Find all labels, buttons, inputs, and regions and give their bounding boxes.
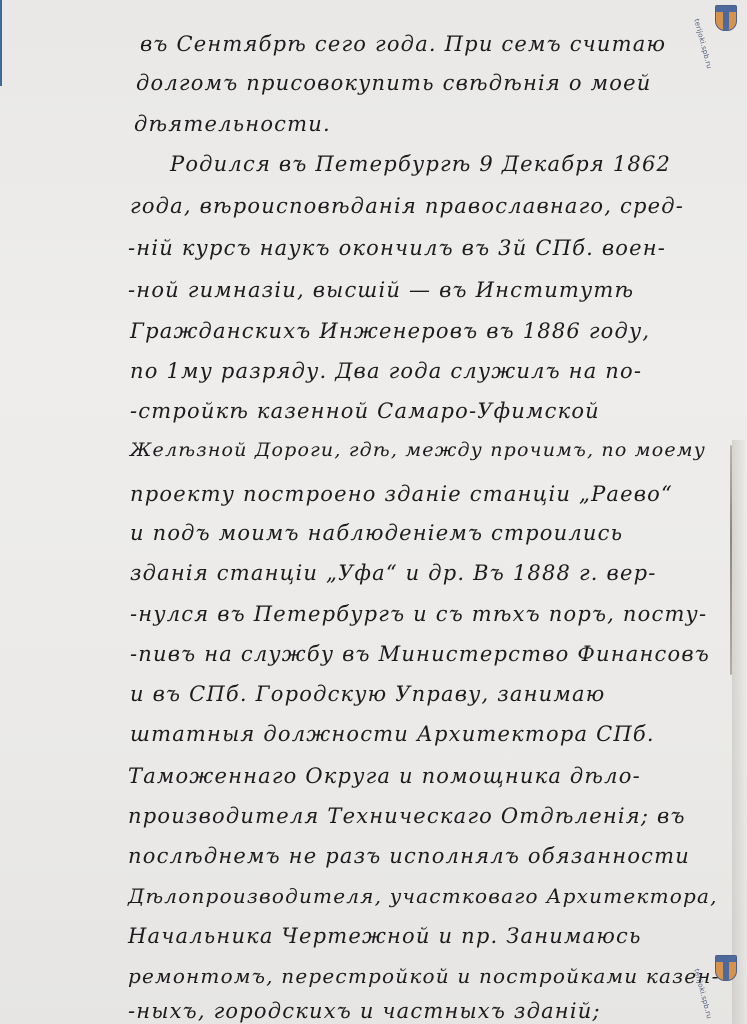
text-line: по 1му разряду. Два года служилъ на по- — [130, 359, 642, 383]
watermark-logo-bottom: terijoki.spb.ru — [703, 952, 737, 990]
page-fold-shadow — [732, 440, 747, 1024]
text-line: долгомъ присовокупить свѣдѣнія о моей — [136, 71, 651, 95]
page-crease — [730, 445, 732, 675]
text-line: зданія станціи „Уфа“ и др. Въ 1888 г. ве… — [130, 561, 657, 585]
watermark-text: terijoki.spb.ru — [692, 18, 713, 70]
text-line: -ной гимназіи, высшій — въ Институтѣ — [128, 278, 634, 302]
text-line: Таможеннаго Округа и помощника дѣло- — [128, 764, 641, 788]
text-line: дѣятельности. — [134, 112, 331, 136]
text-line: и подъ моимъ наблюденіемъ строились — [130, 521, 623, 545]
text-line: -пивъ на службу въ Министерство Финансов… — [130, 642, 710, 666]
text-line: Начальника Чертежной и пр. Занимаюсь — [128, 924, 642, 948]
text-line: -ній курсъ наукъ окончилъ въ 3й СПб. вое… — [128, 236, 666, 260]
text-line: года, вѣроисповѣданія православнаго, сре… — [130, 194, 684, 218]
text-line: Родился въ Петербургѣ 9 Декабря 1862 — [170, 152, 671, 176]
shield-emblem-icon — [715, 955, 737, 981]
watermark-logo-top: terijoki.spb.ru — [703, 2, 737, 40]
text-line: проекту построено зданіе станціи „Раево“ — [130, 482, 673, 506]
background-edge-strip — [0, 0, 2, 86]
text-line: въ Сентябрѣ сего года. При семъ считаю — [140, 32, 666, 56]
text-line: Дѣлопроизводителя, участковаго Архитекто… — [128, 884, 718, 908]
text-line: Желѣзной Дороги, гдѣ, между прочимъ, по … — [130, 439, 706, 461]
text-line: -нулся въ Петербургъ и съ тѣхъ поръ, пос… — [130, 602, 707, 626]
text-line: -стройкѣ казенной Самаро-Уфимской — [130, 399, 600, 423]
text-line: и въ СПб. Городскую Управу, занимаю — [130, 682, 605, 706]
text-line: ремонтомъ, перестройкой и постройками ка… — [128, 964, 720, 988]
watermark-text: terijoki.spb.ru — [692, 968, 713, 1020]
text-line: послѣднемъ не разъ исполнялъ обязанности — [128, 844, 690, 868]
shield-emblem-icon — [715, 5, 737, 31]
document-page: въ Сентябрѣ сего года. При семъ считаю д… — [0, 0, 747, 1024]
text-line: производителя Техническаго Отдѣленія; въ — [128, 804, 686, 828]
text-line: -ныхъ, городскихъ и частныхъ зданій; — [128, 999, 601, 1023]
text-line: Гражданскихъ Инженеровъ въ 1886 году, — [130, 319, 650, 343]
text-line: штатныя должности Архитектора СПб. — [130, 722, 655, 746]
